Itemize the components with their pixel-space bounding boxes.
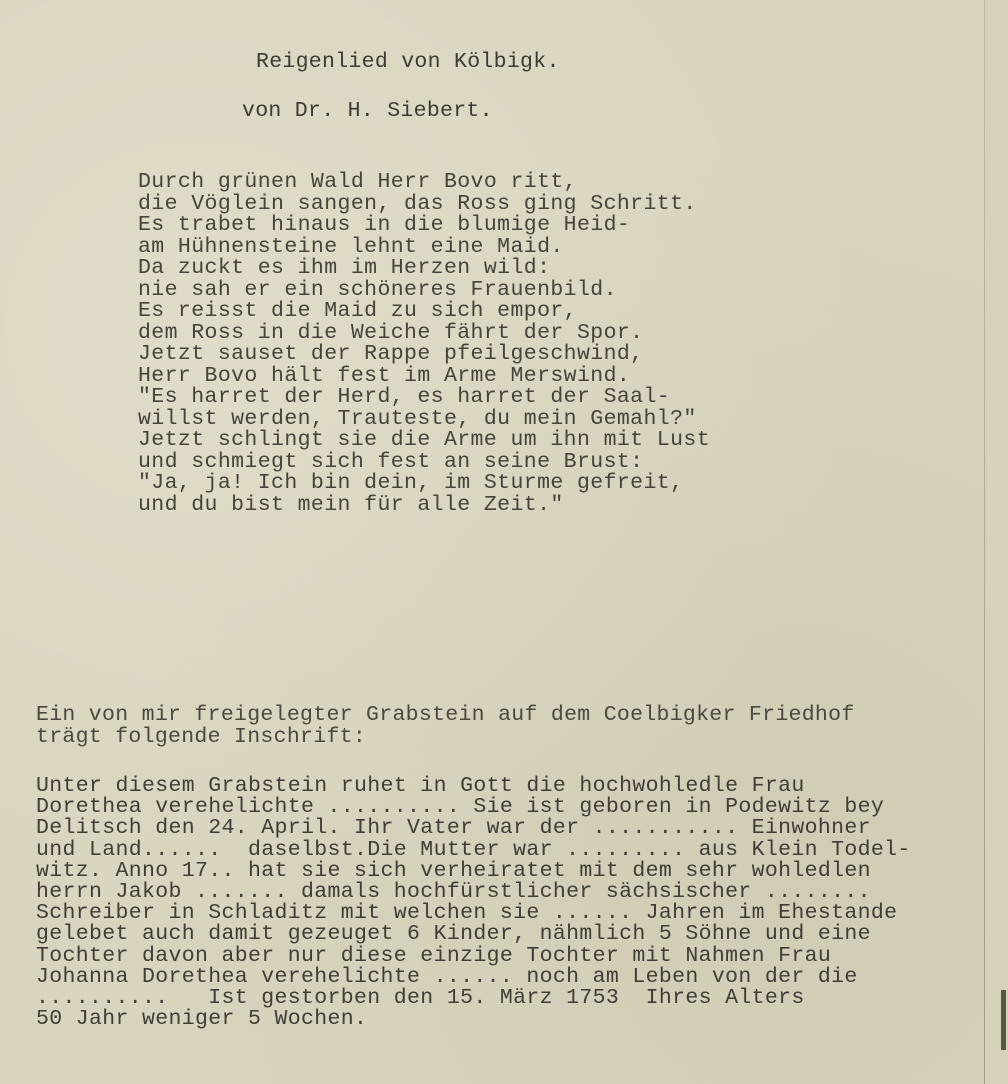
inscription-line: witz. Anno 17.. hat sie sich verheiratet… bbox=[36, 861, 911, 882]
paper-edge bbox=[985, 0, 1008, 1084]
inscription-line: .......... Ist gestorben den 15. März 17… bbox=[36, 988, 911, 1009]
document-author: von Dr. H. Siebert. bbox=[242, 99, 493, 123]
inscription-line: Schreiber in Schladitz mit welchen sie .… bbox=[36, 903, 911, 924]
gravestone-inscription: Unter diesem Grabstein ruhet in Gott die… bbox=[36, 776, 911, 1030]
poem-line: "Ja, ja! Ich bin dein, im Sturme gefreit… bbox=[138, 473, 710, 495]
paper-edge-shadow bbox=[1001, 990, 1006, 1050]
inscription-line: Tochter davon aber nur diese einzige Toc… bbox=[36, 946, 911, 967]
inscription-line: Delitsch den 24. April. Ihr Vater war de… bbox=[36, 818, 911, 839]
poem-line: Jetzt schlingt sie die Arme um ihn mit L… bbox=[138, 430, 710, 452]
document-title: Reigenlied von Kölbigk. bbox=[256, 50, 560, 74]
poem-line: Herr Bovo hält fest im Arme Merswind. bbox=[138, 366, 710, 388]
intro-line: trägt folgende Inschrift: bbox=[36, 727, 855, 749]
poem-line: nie sah er ein schöneres Frauenbild. bbox=[138, 280, 710, 302]
inscription-line: 50 Jahr weniger 5 Wochen. bbox=[36, 1009, 911, 1030]
inscription-line: Unter diesem Grabstein ruhet in Gott die… bbox=[36, 776, 911, 797]
gravestone-intro: Ein von mir freigelegter Grabstein auf d… bbox=[36, 705, 855, 748]
inscription-line: und Land...... daselbst.Die Mutter war .… bbox=[36, 840, 911, 861]
inscription-line: herrn Jakob ....... damals hochfürstlich… bbox=[36, 882, 911, 903]
poem-line: Jetzt sauset der Rappe pfeilgeschwind, bbox=[138, 344, 710, 366]
poem-block: Durch grünen Wald Herr Bovo ritt, die Vö… bbox=[138, 172, 710, 516]
poem-line: Es reisst die Maid zu sich empor, bbox=[138, 301, 710, 323]
intro-line: Ein von mir freigelegter Grabstein auf d… bbox=[36, 705, 855, 727]
poem-line: "Es harret der Herd, es harret der Saal- bbox=[138, 387, 710, 409]
inscription-line: Johanna Dorethea verehelichte ...... noc… bbox=[36, 967, 911, 988]
poem-line: dem Ross in die Weiche fährt der Spor. bbox=[138, 323, 710, 345]
poem-line: Es trabet hinaus in die blumige Heid- bbox=[138, 215, 710, 237]
poem-line: willst werden, Trauteste, du mein Gemahl… bbox=[138, 409, 710, 431]
poem-line: und schmiegt sich fest an seine Brust: bbox=[138, 452, 710, 474]
poem-line: und du bist mein für alle Zeit." bbox=[138, 495, 710, 517]
inscription-line: Dorethea verehelichte .......... Sie ist… bbox=[36, 797, 911, 818]
poem-line: Da zuckt es ihm im Herzen wild: bbox=[138, 258, 710, 280]
poem-line: die Vöglein sangen, das Ross ging Schrit… bbox=[138, 194, 710, 216]
poem-line: Durch grünen Wald Herr Bovo ritt, bbox=[138, 172, 710, 194]
poem-line: am Hühnensteine lehnt eine Maid. bbox=[138, 237, 710, 259]
inscription-line: gelebet auch damit gezeuget 6 Kinder, nä… bbox=[36, 924, 911, 945]
